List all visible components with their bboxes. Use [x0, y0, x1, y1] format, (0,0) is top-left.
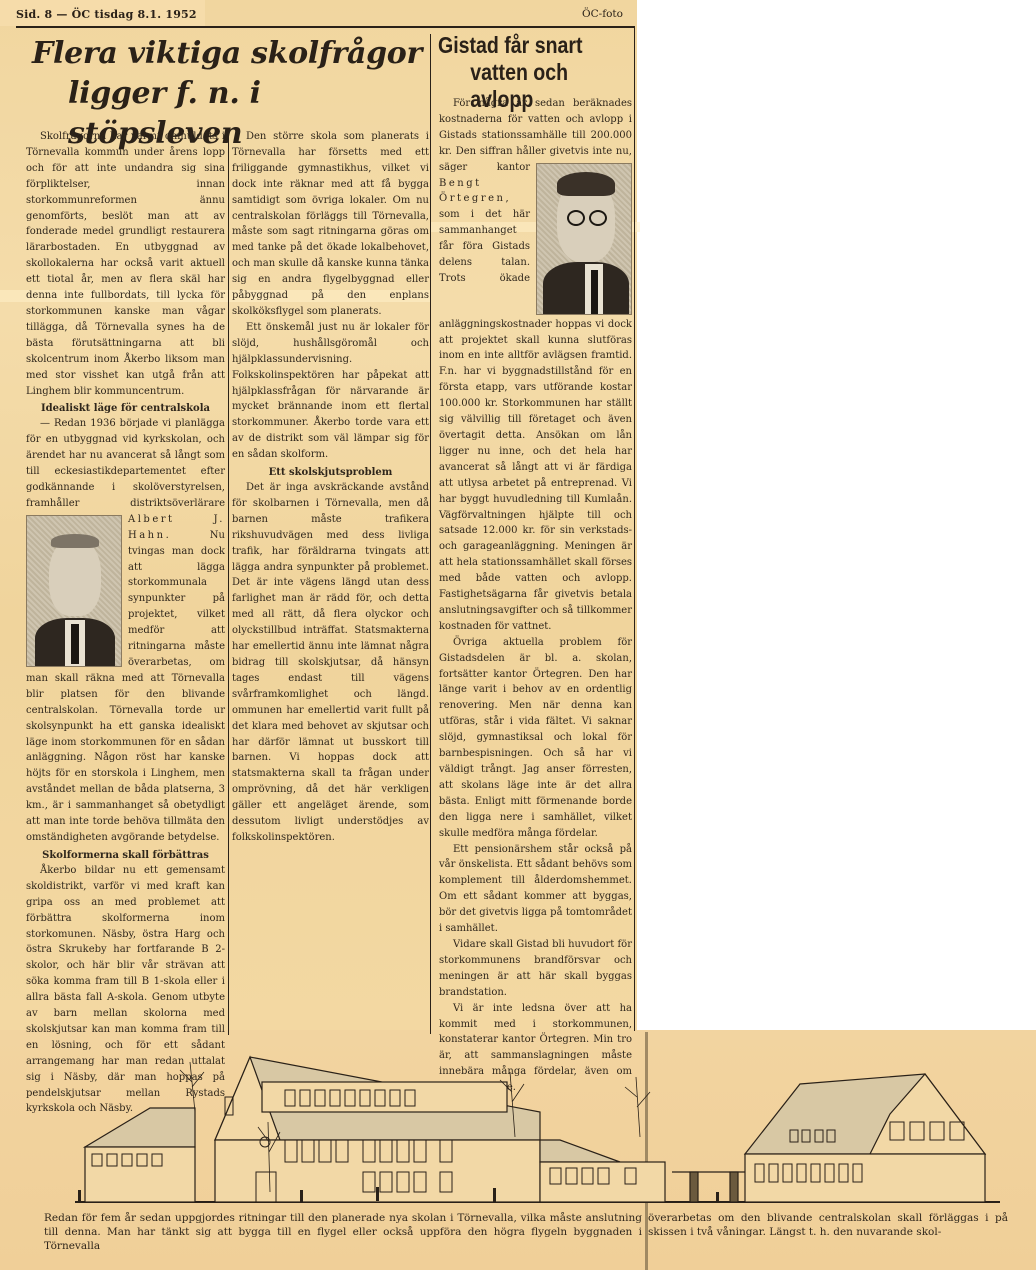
paragraph: — Redan 1936 började vi planlägga för en…	[26, 416, 225, 845]
column-rule	[430, 34, 431, 1034]
header-rule	[16, 26, 634, 28]
paragraph: Det är inga avskräckande avstånd för sko…	[232, 480, 429, 846]
paragraph: Ett önskemål just nu är lokaler för slöj…	[232, 320, 429, 463]
headline-line-1: Flera viktiga skolfrågor	[22, 34, 432, 74]
column-rule	[634, 26, 635, 1031]
paragraph: För några år sedan beräknades kostnadern…	[439, 96, 632, 635]
paragraph: Övriga aktuella problem för Gistadsdelen…	[439, 635, 632, 842]
paragraph: Skolfrågorna har varmt omhuldats i Törne…	[26, 129, 225, 399]
article-column-1: Skolfrågorna har varmt omhuldats i Törne…	[26, 129, 225, 1117]
column-rule	[228, 130, 229, 1035]
article-column-2: Den större skola som planerats i Törneva…	[232, 129, 429, 846]
school-building-illustration	[0, 1042, 1036, 1212]
portrait-photo-hahn	[26, 515, 122, 667]
page-info: Sid. 8 — ÖC tisdag 8.1. 1952	[16, 8, 197, 21]
side-headline-line-1: Gistad får snart	[438, 32, 583, 58]
person-name: Bengt Örtegren,	[439, 178, 511, 205]
subheading: Ett skolskjutsproblem	[232, 465, 429, 480]
subheading: Idealiskt läge för centralskola	[26, 401, 225, 416]
paragraph: Ett pensionärshem står också på vår önsk…	[439, 842, 632, 937]
paragraph: Vidare skall Gistad bli huvudort för sto…	[439, 937, 632, 1001]
caption-part-2: överarbetas om den blivande centralskola…	[648, 1211, 1008, 1239]
portrait-photo-ortegren	[536, 163, 632, 315]
photo-credit: ÖC-foto	[582, 8, 623, 20]
side-article-column: För några år sedan beräknades kostnadern…	[439, 96, 632, 1096]
paragraph: Den större skola som planerats i Törneva…	[232, 129, 429, 320]
subheading: Skolformerna skall förbättras	[26, 848, 225, 863]
caption-part-1: Redan för fem år sedan uppgjordes ritnin…	[44, 1211, 642, 1253]
